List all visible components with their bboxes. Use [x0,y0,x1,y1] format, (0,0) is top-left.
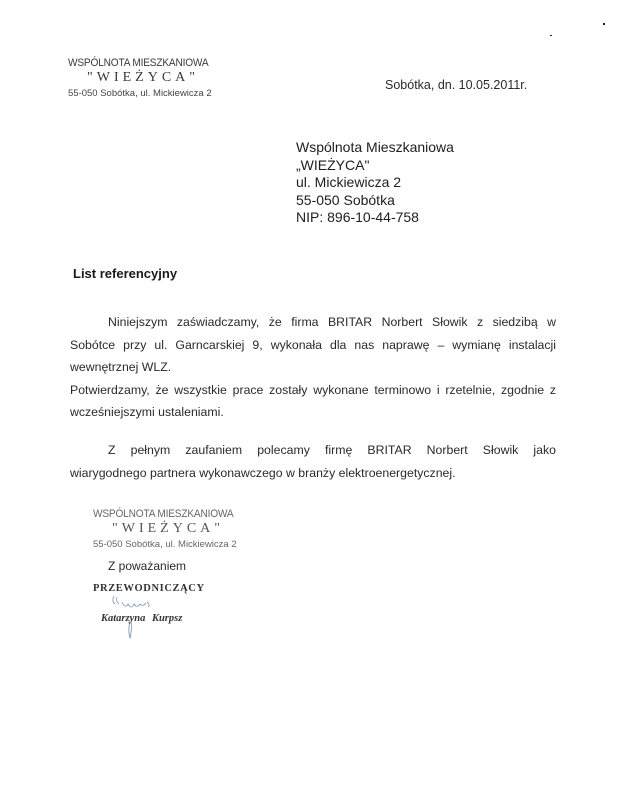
signatory-name: Katarzyna Kurpsz [101,613,182,624]
stamp-org-address: 55-050 Sobótka, ul. Mickiewicza 2 [68,88,218,99]
stamp-org-name: WSPÓLNOTA MIESZKANIOWA [93,508,231,520]
stamp-org-title: "WIEŻYCA" [93,521,243,537]
signatory-role: PRZEWODNICZĄCY [93,583,205,594]
recipient-line: „WIEŻYCA" [296,157,454,175]
closing-salutation: Z poważaniem [108,559,186,573]
document-title: List referencyjny [73,266,177,281]
recipient-line: 55-050 Sobótka [296,192,454,210]
body-line: Z pełnym zaufaniem polecamy firmę BRITAR… [70,439,556,462]
body-line: Niniejszym zaświadczamy, że firma BRITAR… [70,311,556,334]
body-line: wewnętrznej WLZ. [70,356,556,379]
recipient-address: Wspólnota Mieszkaniowa „WIEŻYCA" ul. Mic… [296,139,454,227]
body-line: wcześniejszymi ustaleniami. [70,401,556,424]
body-paragraph-1: Niniejszym zaświadczamy, że firma BRITAR… [70,311,556,424]
body-line: Sobótce przy ul. Garncarskiej 9, wykonał… [70,334,556,357]
recipient-line: Wspólnota Mieszkaniowa [296,139,454,157]
recipient-line: ul. Mickiewicza 2 [296,174,454,192]
scan-artifact [550,35,552,36]
body-paragraph-2: Z pełnym zaufaniem polecamy firmę BRITAR… [70,439,556,484]
recipient-line: NIP: 896-10-44-758 [296,209,454,227]
stamp-org-title: "WIEŻYCA" [68,70,218,86]
stamp-org-address: 55-050 Sobótka, ul. Mickiewicza 2 [93,539,243,550]
letterhead-stamp: WSPÓLNOTA MIESZKANIOWA "WIEŻYCA" 55-050 … [68,57,218,99]
body-line: wiarygodnego partnera wykonawczego w bra… [70,462,556,485]
signature-stamp: WSPÓLNOTA MIESZKANIOWA "WIEŻYCA" 55-050 … [93,508,243,550]
stamp-org-name: WSPÓLNOTA MIESZKANIOWA [68,57,206,69]
body-line: Potwierdzamy, że wszystkie prace zostały… [70,379,556,402]
date-line: Sobótka, dn. 10.05.2011r. [385,78,527,92]
scan-artifact [603,23,605,25]
